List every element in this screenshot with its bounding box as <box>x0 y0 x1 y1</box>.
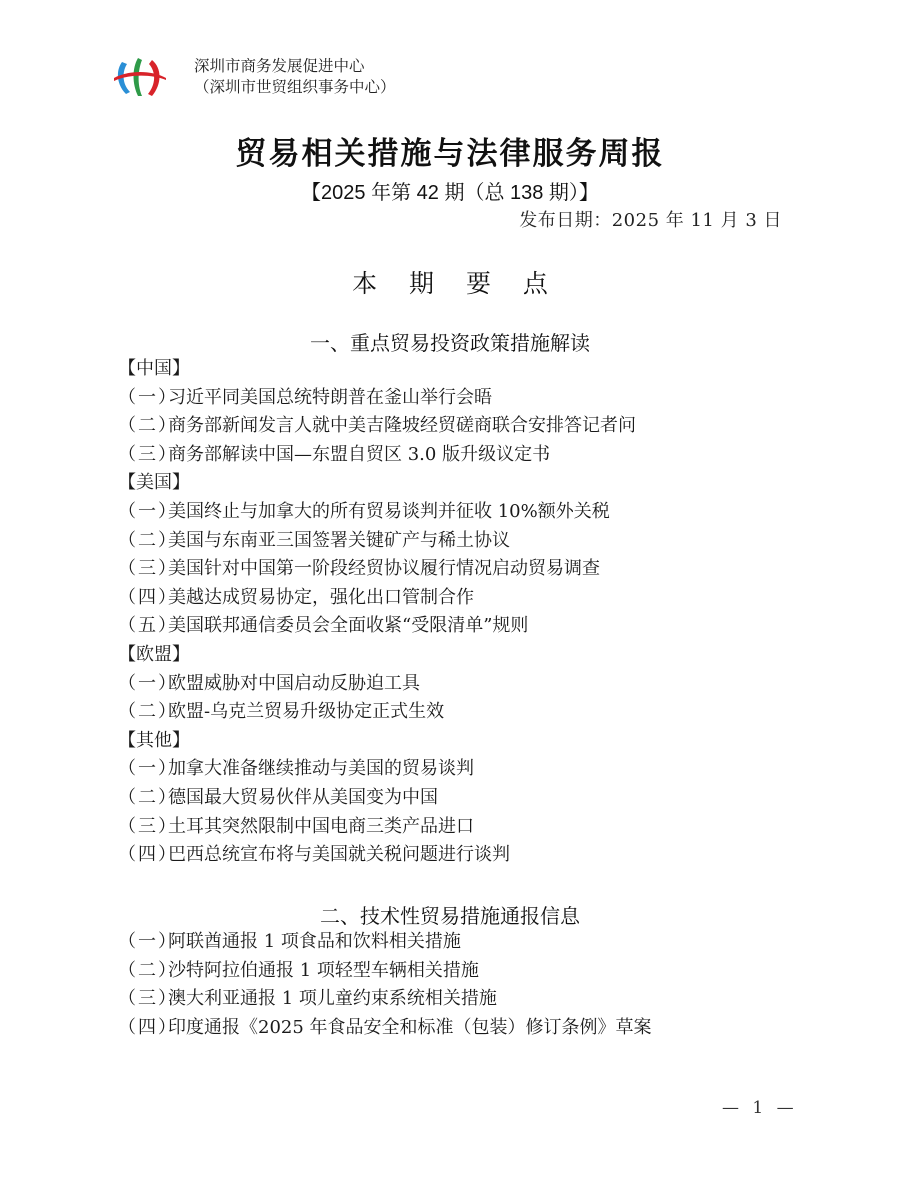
publish-date: 发布日期：2025 年 11 月 3 日 <box>519 206 782 232</box>
list-item: （一）欧盟威胁对中国启动反胁迫工具 <box>118 670 636 699</box>
issue-number: 【2025 年第 42 期（总 138 期）】 <box>0 176 900 205</box>
document-title: 贸易相关措施与法律服务周报 <box>0 128 900 173</box>
category-china: 【中国】 <box>118 355 636 384</box>
org-name-secondary: （深圳市世贸组织事务中心） <box>194 77 396 98</box>
list-item: （二）美国与东南亚三国签署关键矿产与稀土协议 <box>118 527 636 556</box>
list-item: （二）欧盟-乌克兰贸易升级协定正式生效 <box>118 698 636 727</box>
page-number: — 1 — <box>722 1098 798 1118</box>
szwto-logo-icon <box>112 54 168 100</box>
list-item: （四）美越达成贸易协定，强化出口管制合作 <box>118 584 636 613</box>
section-1-heading: 一、重点贸易投资政策措施解读 <box>0 327 900 356</box>
section-2-list: （一）阿联酋通报 1 项食品和饮料相关措施 （二）沙特阿拉伯通报 1 项轻型车辆… <box>118 928 652 1042</box>
list-item: （一）习近平同美国总统特朗普在釜山举行会晤 <box>118 384 636 413</box>
document-page: 深圳市商务发展促进中心 （深圳市世贸组织事务中心） 贸易相关措施与法律服务周报 … <box>0 0 900 1190</box>
category-other: 【其他】 <box>118 727 636 756</box>
category-usa: 【美国】 <box>118 469 636 498</box>
list-item: （二）沙特阿拉伯通报 1 项轻型车辆相关措施 <box>118 957 652 986</box>
list-item: （四）巴西总统宣布将与美国就关税问题进行谈判 <box>118 841 636 870</box>
category-eu: 【欧盟】 <box>118 641 636 670</box>
list-item: （一）阿联酋通报 1 项食品和饮料相关措施 <box>118 928 652 957</box>
list-item: （四）印度通报《2025 年食品安全和标准（包装）修订条例》草案 <box>118 1014 652 1043</box>
highlights-heading: 本 期 要 点 <box>0 264 900 300</box>
org-name-primary: 深圳市商务发展促进中心 <box>194 56 396 77</box>
list-item: （一）美国终止与加拿大的所有贸易谈判并征收 10%额外关税 <box>118 498 636 527</box>
list-item: （二）德国最大贸易伙伴从美国变为中国 <box>118 784 636 813</box>
list-item: （三）土耳其突然限制中国电商三类产品进口 <box>118 813 636 842</box>
section-1-list: 【中国】 （一）习近平同美国总统特朗普在釜山举行会晤 （二）商务部新闻发言人就中… <box>118 355 636 870</box>
org-names: 深圳市商务发展促进中心 （深圳市世贸组织事务中心） <box>194 56 396 98</box>
section-2-heading: 二、技术性贸易措施通报信息 <box>0 900 900 929</box>
list-item: （三）澳大利亚通报 1 项儿童约束系统相关措施 <box>118 985 652 1014</box>
list-item: （一）加拿大准备继续推动与美国的贸易谈判 <box>118 755 636 784</box>
list-item: （五）美国联邦通信委员会全面收紧“受限清单”规则 <box>118 612 636 641</box>
list-item: （三）商务部解读中国—东盟自贸区 3.0 版升级议定书 <box>118 441 636 470</box>
org-header: 深圳市商务发展促进中心 （深圳市世贸组织事务中心） <box>112 52 396 102</box>
list-item: （三）美国针对中国第一阶段经贸协议履行情况启动贸易调查 <box>118 555 636 584</box>
list-item: （二）商务部新闻发言人就中美吉隆坡经贸磋商联合安排答记者问 <box>118 412 636 441</box>
